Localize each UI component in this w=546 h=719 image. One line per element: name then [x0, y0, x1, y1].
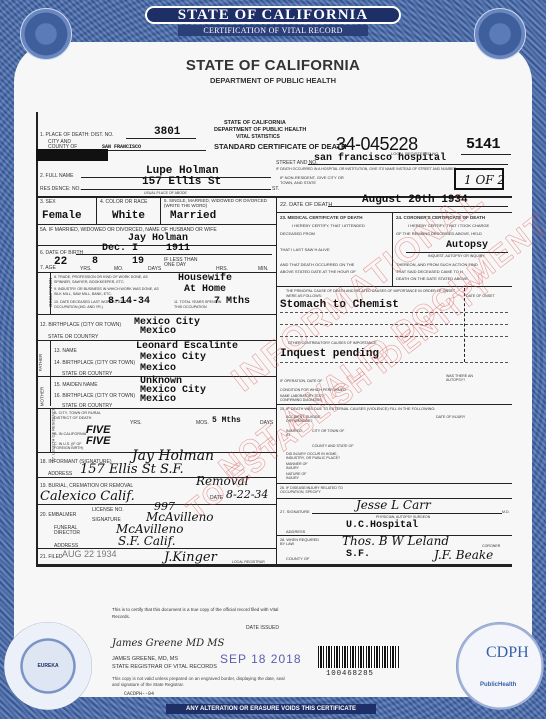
page-title: STATE OF CALIFORNIA [0, 57, 546, 74]
form-left-border [36, 112, 38, 564]
trade-label: 8. TRADE, PROFESSION OR KIND OF WORK DON… [54, 275, 164, 285]
corner-medallion-right [474, 8, 526, 60]
department-name: DEPARTMENT OF PUBLIC HEALTH [0, 76, 546, 85]
cdph-public-health: PublicHealth [480, 682, 516, 688]
unit-label: DAYS [260, 420, 273, 426]
alteration-warning: ANY ALTERATION OR ERASURE VOIDS THIS CER… [166, 704, 376, 714]
death-certificate-form: STATE OF CALIFORNIA DEPARTMENT OF PUBLIC… [36, 112, 514, 567]
street-label: STREET AND NO. [276, 160, 318, 166]
section-divider [276, 483, 512, 484]
res-calif-label: B. IN CALIFORNIA [54, 432, 86, 436]
physician-sub-label: PHYSICIAN, AUTOPSY SURGEON [376, 515, 430, 519]
hospital-note: IF DEATH OCCURRED IN A HOSPITAL OR INSTI… [276, 167, 456, 171]
place-of-death-label: 1. PLACE OF DEATH: DIST. NO. [40, 132, 114, 138]
injury-nature-label: NATURE OF INJURY [286, 472, 316, 480]
unit-label: YRS. [130, 420, 142, 426]
cdph-logo-medallion: CDPH PublicHealth [456, 622, 544, 710]
county-label: COUNTY OF [286, 556, 309, 561]
burial-date-label: DATE [210, 495, 223, 501]
embalmer-label: 20. EMBALMER [40, 512, 76, 518]
last-worked-value: 8-14-34 [108, 296, 150, 307]
res-us-value: FIVE [86, 435, 110, 447]
full-name-label: 2. FULL NAME [40, 173, 73, 179]
funeral-director-label: FUNERAL DIRECTOR [54, 526, 84, 536]
autopsy-question-label: WAS THERE AN AUTOPSY? [446, 374, 486, 382]
column-divider [276, 196, 277, 564]
section-divider [36, 224, 276, 225]
district-number: 3801 [154, 126, 180, 138]
form-bottom-border [36, 564, 512, 567]
other-causes-value: Inquest pending [280, 348, 379, 360]
state-registrar-signature: James Greene MD MS [112, 638, 224, 649]
sex-label: 3. SEX [40, 199, 56, 205]
coroner-cert-text: THEREON, AND FROM SUCH ACTION FIND [396, 262, 478, 267]
underline [328, 206, 508, 207]
residence-value: 157 Ellis St [142, 176, 221, 188]
trade-value: Housewife [178, 273, 232, 284]
underline [76, 254, 272, 255]
coroner-cert-text: INQUEST, AUTOPSY OR INQUIRY [428, 254, 485, 258]
industry-value: At Home [184, 284, 226, 295]
residence-label: RES DENCE: NO. [40, 186, 81, 192]
race-value: White [112, 210, 145, 222]
form-code: CACDPH--04 [124, 691, 154, 697]
nonresident-label: IF NON-RESIDENT, GIVE CITY OR TOWN, AND … [280, 175, 350, 185]
section-divider [276, 286, 512, 287]
coroner-action-value: Autopsy [446, 240, 488, 251]
page-count: 1 OF 2 [464, 173, 505, 187]
local-registrar-signature: J.Kinger [164, 550, 217, 565]
father-name-label: 13. NAME [54, 348, 77, 354]
injury-manner-label: MANNER OF INJURY [286, 462, 316, 470]
birthplace-label: 12. BIRTHPLACE (CITY OR TOWN) [40, 322, 121, 328]
medical-cert-text: DECEASED FROM [280, 231, 315, 236]
condition-label: CONDITION FOR WHICH PERFORMED [280, 388, 346, 392]
barcode-number: 100468285 [326, 670, 374, 678]
coroner-cert-text: DEATH ON THE DATE STATED ABOVE. [396, 276, 469, 281]
medical-cert-text: I HEREBY CERTIFY, THAT I ATTENDED [292, 223, 365, 228]
residence-note: USUAL PLACE OF ABODE [144, 191, 187, 195]
physician-address-label: ADDRESS [286, 529, 305, 534]
underline [312, 513, 502, 514]
divider [392, 212, 393, 286]
birthplace-country: Mexico [140, 326, 176, 337]
underline [406, 252, 508, 253]
coroner-cert-text: I HEREBY CERTIFY, THAT I TOOK CHARGE [408, 223, 489, 228]
underline [280, 362, 508, 363]
accident-label: ACCIDENT, SUICIDE OR HOMICIDE? [286, 415, 326, 423]
certify-text: This is to certify that this document is… [112, 606, 292, 620]
deputy-signature: J.F. Beake [434, 548, 493, 562]
coroner-cert-text: OF THE REMAINS DESCRIBED ABOVE, HELD [396, 231, 482, 236]
injury-date-label: DATE OF INJURY [436, 415, 466, 419]
divider [50, 408, 51, 452]
injury-city-label: CITY OR TOWN OF [312, 429, 344, 433]
injury-place-label: DID INJURY OCCUR IN HOME, INDUSTRY, OR P… [286, 452, 356, 460]
burial-place: Calexico Calif. [40, 489, 135, 504]
father-birthplace-country: Mexico [140, 363, 176, 374]
issued-date-stamp: SEP 18 2018 [220, 652, 302, 666]
medical-cert-text: AND THAT DEATH OCCURRED ON THE [280, 262, 354, 267]
burial-value: Removal [196, 474, 249, 488]
father-birthplace-label: 14. BIRTHPLACE (CITY OR TOWN) [54, 360, 135, 366]
banner-title: STATE OF CALIFORNIA [145, 6, 401, 24]
marital-value: Married [170, 210, 216, 222]
corner-medallion-left [20, 8, 72, 60]
injured-at-label: INJURED AT [286, 429, 306, 437]
state-registrar-name: JAMES GREENE, MD, MS [112, 656, 178, 662]
principal-cause-value: Stomach to Chemist [280, 299, 399, 311]
section-divider [36, 272, 276, 273]
father-birthplace-city: Mexico City [140, 352, 206, 363]
section-divider [276, 404, 512, 405]
form-title: STANDARD CERTIFICATE OF DEATH [214, 142, 347, 151]
mother-birthplace-label: 16. BIRTHPLACE (CITY OR TOWN) [54, 393, 135, 399]
res-city-value: 5 Mths [212, 416, 241, 425]
filed-label: 21. FILED [40, 554, 63, 560]
banner-subtitle: CERTIFICATION OF VITAL RECORD [178, 25, 368, 36]
place-of-death-street: san francisco hospital [314, 153, 446, 164]
county-value: S.F. [346, 549, 370, 560]
agency-line-state: STATE OF CALIFORNIA [224, 120, 286, 126]
cdph-logo: CDPH [486, 644, 529, 662]
age-months: 8 [92, 256, 98, 267]
marital-label: 5. SINGLE, MARRIED, WIDOWED OR DIVORCED … [164, 198, 274, 208]
certificate-footer: This is to certify that this document is… [0, 600, 546, 719]
agency-line-vital: VITAL STATISTICS [236, 134, 280, 140]
age-years: 22 [54, 256, 67, 268]
unit-label: MOS. [196, 420, 209, 426]
agency-line-department: DEPARTMENT OF PUBLIC HEALTH [214, 127, 306, 133]
divider [464, 288, 465, 362]
dob-year: 1911 [166, 243, 190, 254]
injury-county-label: COUNTY AND STATE OF [312, 444, 354, 448]
sex-value: Female [42, 210, 82, 222]
underline [126, 138, 196, 139]
state-registrar-title: STATE REGISTRAR OF VITAL RECORDS [112, 664, 217, 670]
burial-date: 8-22-34 [226, 488, 268, 501]
informant-address: 157 Ellis St S.F. [80, 462, 184, 477]
section-divider [36, 314, 276, 315]
filed-date: AUG 22 1934 [62, 549, 117, 559]
underline [461, 154, 511, 155]
divider [50, 340, 51, 376]
other-causes-label: OTHER CONTRIBUTORY CAUSES OF IMPORTANCE [288, 341, 377, 345]
mother-birthplace-country: Mexico [140, 394, 176, 405]
medical-cert-label: 23. MEDICAL CERTIFICATE OF DEATH [280, 215, 363, 220]
physician-address-value: U.C.Hospital [346, 520, 418, 531]
divider [50, 272, 51, 314]
occupation-related-label: 26. IF DISEASE/INJURY RELATED TO OCCUPAT… [280, 486, 350, 494]
age-days: 19 [132, 256, 144, 267]
external-causes-label: 25. IF DEATH WAS DUE TO EXTERNAL CAUSES … [280, 407, 435, 411]
seal-motto: EUREKA [37, 663, 58, 669]
coroner-required-label: 28. WHEN REQUIRED BY LAW [280, 538, 320, 546]
md-label: M.D. [502, 510, 510, 514]
father-side-label: FATHER [38, 354, 43, 371]
date-issued-label: DATE ISSUED [246, 625, 279, 631]
great-seal-of-california: EUREKA [4, 622, 92, 710]
fd-address-value: S.F. Calif. [118, 534, 176, 548]
coroner-signature: Thos. B W Leland [342, 534, 449, 548]
divider [50, 376, 51, 406]
coroner-cert-label: 24. CORONER'S CERTIFICATE OF DEATH [396, 215, 485, 220]
section-divider [36, 245, 276, 246]
st-label: ST. [272, 186, 279, 192]
father-name-value: Leonard Escalinte [136, 341, 238, 352]
section-divider [276, 212, 512, 213]
underline [280, 324, 508, 325]
date-of-onset-label: DATE OF ONSET [466, 294, 495, 298]
date-of-death-value: August 20th 1934 [362, 194, 468, 206]
section-divider [36, 408, 276, 409]
validity-note: This copy is not valid unless prepared o… [112, 676, 292, 688]
mother-side-label: MOTHER [39, 387, 44, 407]
res-city-label: A. CITY, TOWN OR RURAL DISTRICT OF DEATH [54, 411, 114, 421]
divider [96, 196, 97, 224]
medical-cert-text: ABOVE STATED DATE AT THE HOUR OF [280, 269, 356, 274]
medical-cert-text: THAT I LAST SAW H ALIVE [280, 247, 330, 252]
age-less-day-label: IF LESS THAN ONE DAY [164, 258, 204, 268]
divider [160, 196, 161, 224]
date-of-death-label: 22. DATE OF DEATH [280, 202, 332, 208]
dob-month-day: Dec. I [102, 243, 138, 254]
physician-signature-label: 27. SIGNATURE [280, 509, 310, 514]
local-registrar-label: LOCAL REGISTRAR [232, 560, 265, 564]
operation-label: IF OPERATION, DATE OF [280, 379, 322, 383]
mother-maiden-label: 15. MAIDEN NAME [54, 382, 98, 388]
page-count-box: 1 OF 2 [454, 168, 504, 190]
coroner-cert-text: THAT SAID DECEASED CAME TO H [396, 269, 463, 274]
race-label: 4. COLOR OR RACE [100, 199, 148, 205]
underline [308, 164, 508, 165]
underline [280, 312, 508, 313]
principal-cause-label: THE PRINCIPAL CAUSE OF DEATH AND RELATED… [286, 289, 466, 299]
barcode [318, 646, 400, 668]
local-registered-number: 5141 [466, 136, 500, 153]
underline [280, 336, 508, 337]
underline [81, 189, 271, 190]
total-years-value: 7 Mths [214, 296, 250, 307]
lab-test-label: NAME LABORATORY TEST CONFIRMING DIAGNOSI… [280, 394, 340, 402]
license-label: LICENSE NO. [92, 507, 124, 513]
redaction-bar [36, 149, 108, 161]
physician-signature: Jesse L Carr [356, 498, 431, 512]
